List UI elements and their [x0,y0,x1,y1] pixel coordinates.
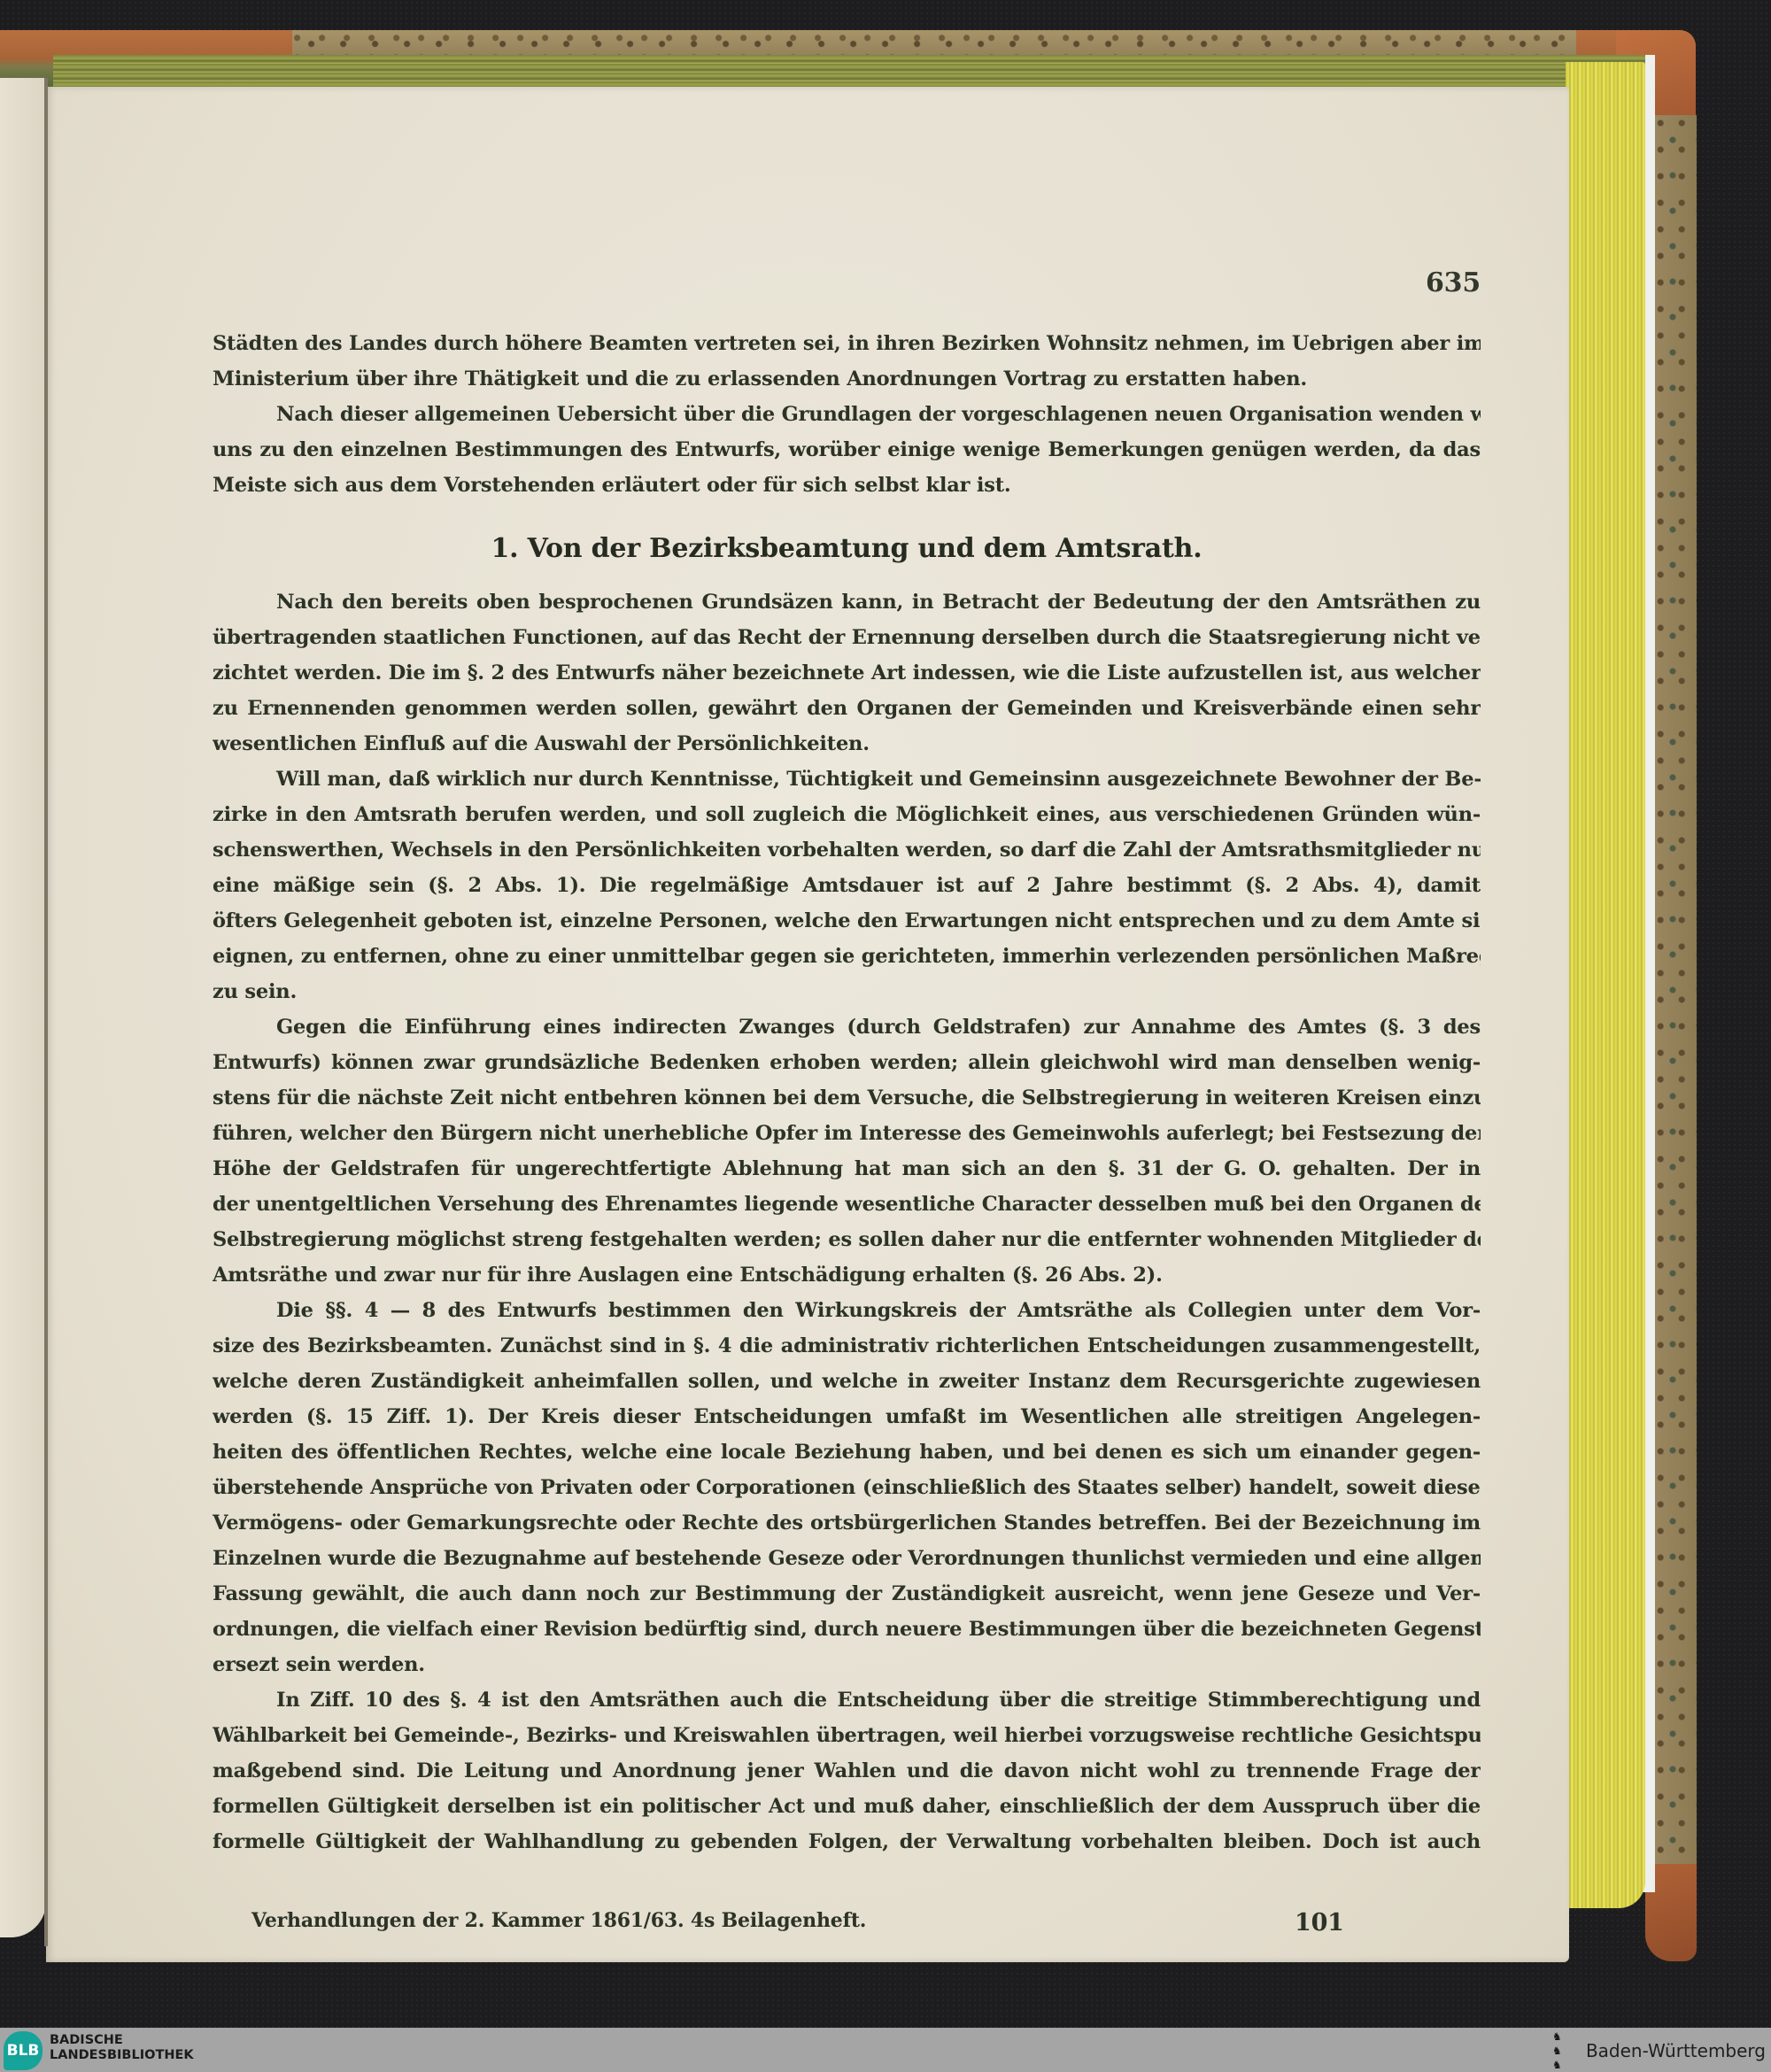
running-foot: Verhandlungen der 2. Kammer 1861/63. 4s … [213,1909,1481,1948]
text-line: Wählbarkeit bei Gemeinde-, Bezirks- und … [213,1718,1481,1753]
page-block-fore-edge [1566,62,1645,1908]
text-line: Nach den bereits oben besprochenen Grund… [213,584,1481,620]
text-line: Meiste sich aus dem Vorstehenden erläute… [213,468,1481,503]
text-line: formellen Gültigkeit derselben ist ein p… [213,1789,1481,1824]
text-line: Höhe der Geldstrafen für ungerechtfertig… [213,1151,1481,1187]
viewer-footer: BLB BADISCHE LANDESBIBLIOTHEK ♞♞♞ Baden-… [0,2028,1771,2072]
text-line: Entwurfs) können zwar grundsäzliche Bede… [213,1045,1481,1080]
text-line: Gegen die Einführung eines indirecten Zw… [213,1009,1481,1045]
text-line: heiten des öffentlichen Rechtes, welche … [213,1434,1481,1470]
text-line: zirke in den Amtsrath berufen werden, un… [213,797,1481,832]
intro-paragraphs: Städten des Landes durch höhere Beamten … [213,326,1481,503]
publication-title: Verhandlungen der 2. Kammer 1861/63. 4s … [251,1909,866,1932]
text-line: Die §§. 4 — 8 des Entwurfs bestimmen den… [213,1293,1481,1328]
text-line: formelle Gültigkeit der Wahlhandlung zu … [213,1824,1481,1859]
text-line: stens für die nächste Zeit nicht entbehr… [213,1080,1481,1116]
text-line: eine mäßige sein (§. 2 Abs. 1). Die rege… [213,868,1481,903]
text-line: ordnungen, die vielfach einer Revision b… [213,1612,1481,1647]
text-line: der unentgeltlichen Versehung des Ehrena… [213,1187,1481,1222]
text-line: ersezt sein werden. [213,1647,1481,1682]
text-line: Ministerium über ihre Thätigkeit und die… [213,361,1481,397]
text-line: Selbstregierung möglichst streng festgeh… [213,1222,1481,1257]
text-line: Städten des Landes durch höhere Beamten … [213,326,1481,361]
book-page: 635 Städten des Landes durch höhere Beam… [46,87,1569,1962]
library-name-line1: BADISCHE [50,2033,194,2048]
library-name-line2: LANDESBIBLIOTHEK [50,2048,194,2063]
text-line: eignen, zu entfernen, ohne zu einer unmi… [213,939,1481,974]
text-line: uns zu den einzelnen Bestimmungen des En… [213,432,1481,468]
text-line: Fassung gewählt, die auch dann noch zur … [213,1576,1481,1612]
section-paragraphs: Nach den bereits oben besprochenen Grund… [213,584,1481,1859]
text-line: zichtet werden. Die im §. 2 des Entwurfs… [213,655,1481,691]
sheet-signature: 101 [1295,1909,1344,1937]
text-line: In Ziff. 10 des §. 4 ist den Amtsräthen … [213,1682,1481,1718]
state-label: Baden-Württemberg [1586,2040,1766,2061]
text-line: führen, welcher den Bürgern nicht unerhe… [213,1116,1481,1151]
blb-logo-icon[interactable]: BLB [4,2031,43,2070]
text-line: zu sein. [213,974,1481,1009]
text-line: schenswerthen, Wechsels in den Persönlic… [213,832,1481,868]
text-line: maßgebend sind. Die Leitung und Anordnun… [213,1753,1481,1789]
text-line: zu Ernennenden genommen werden sollen, g… [213,691,1481,726]
text-line: werden (§. 15 Ziff. 1). Der Kreis dieser… [213,1399,1481,1434]
three-lions-icon: ♞♞♞ [1552,2031,1579,2070]
text-line: überstehende Ansprüche von Privaten oder… [213,1470,1481,1505]
left-page-sliver [0,78,46,1937]
body-text: Städten des Landes durch höhere Beamten … [213,326,1481,1859]
book-cover-right [1654,115,1697,1908]
text-line: Amtsräthe und zwar nur für ihre Auslagen… [213,1257,1481,1293]
baden-wuerttemberg-logo[interactable]: ♞♞♞ Baden-Württemberg [1552,2031,1766,2070]
text-line: Will man, daß wirklich nur durch Kenntni… [213,762,1481,797]
text-line: wesentlichen Einfluß auf die Auswahl der… [213,726,1481,762]
text-line: Vermögens- oder Gemarkungsrechte oder Re… [213,1505,1481,1541]
text-line: welche deren Zuständigkeit anheimfallen … [213,1364,1481,1399]
book-gutter [44,78,48,1946]
library-name[interactable]: BADISCHE LANDESBIBLIOTHEK [50,2033,194,2063]
section-heading: 1. Von der Bezirksbeamtung und dem Amtsr… [213,522,1481,576]
text-line: Nach dieser allgemeinen Uebersicht über … [213,397,1481,432]
page-number: 635 [1426,267,1481,298]
text-line: öfters Gelegenheit geboten ist, einzelne… [213,903,1481,939]
text-line: Einzelnen wurde die Bezugnahme auf beste… [213,1541,1481,1576]
text-line: übertragenden staatlichen Functionen, au… [213,620,1481,655]
text-line: size des Bezirksbeamten. Zunächst sind i… [213,1328,1481,1364]
